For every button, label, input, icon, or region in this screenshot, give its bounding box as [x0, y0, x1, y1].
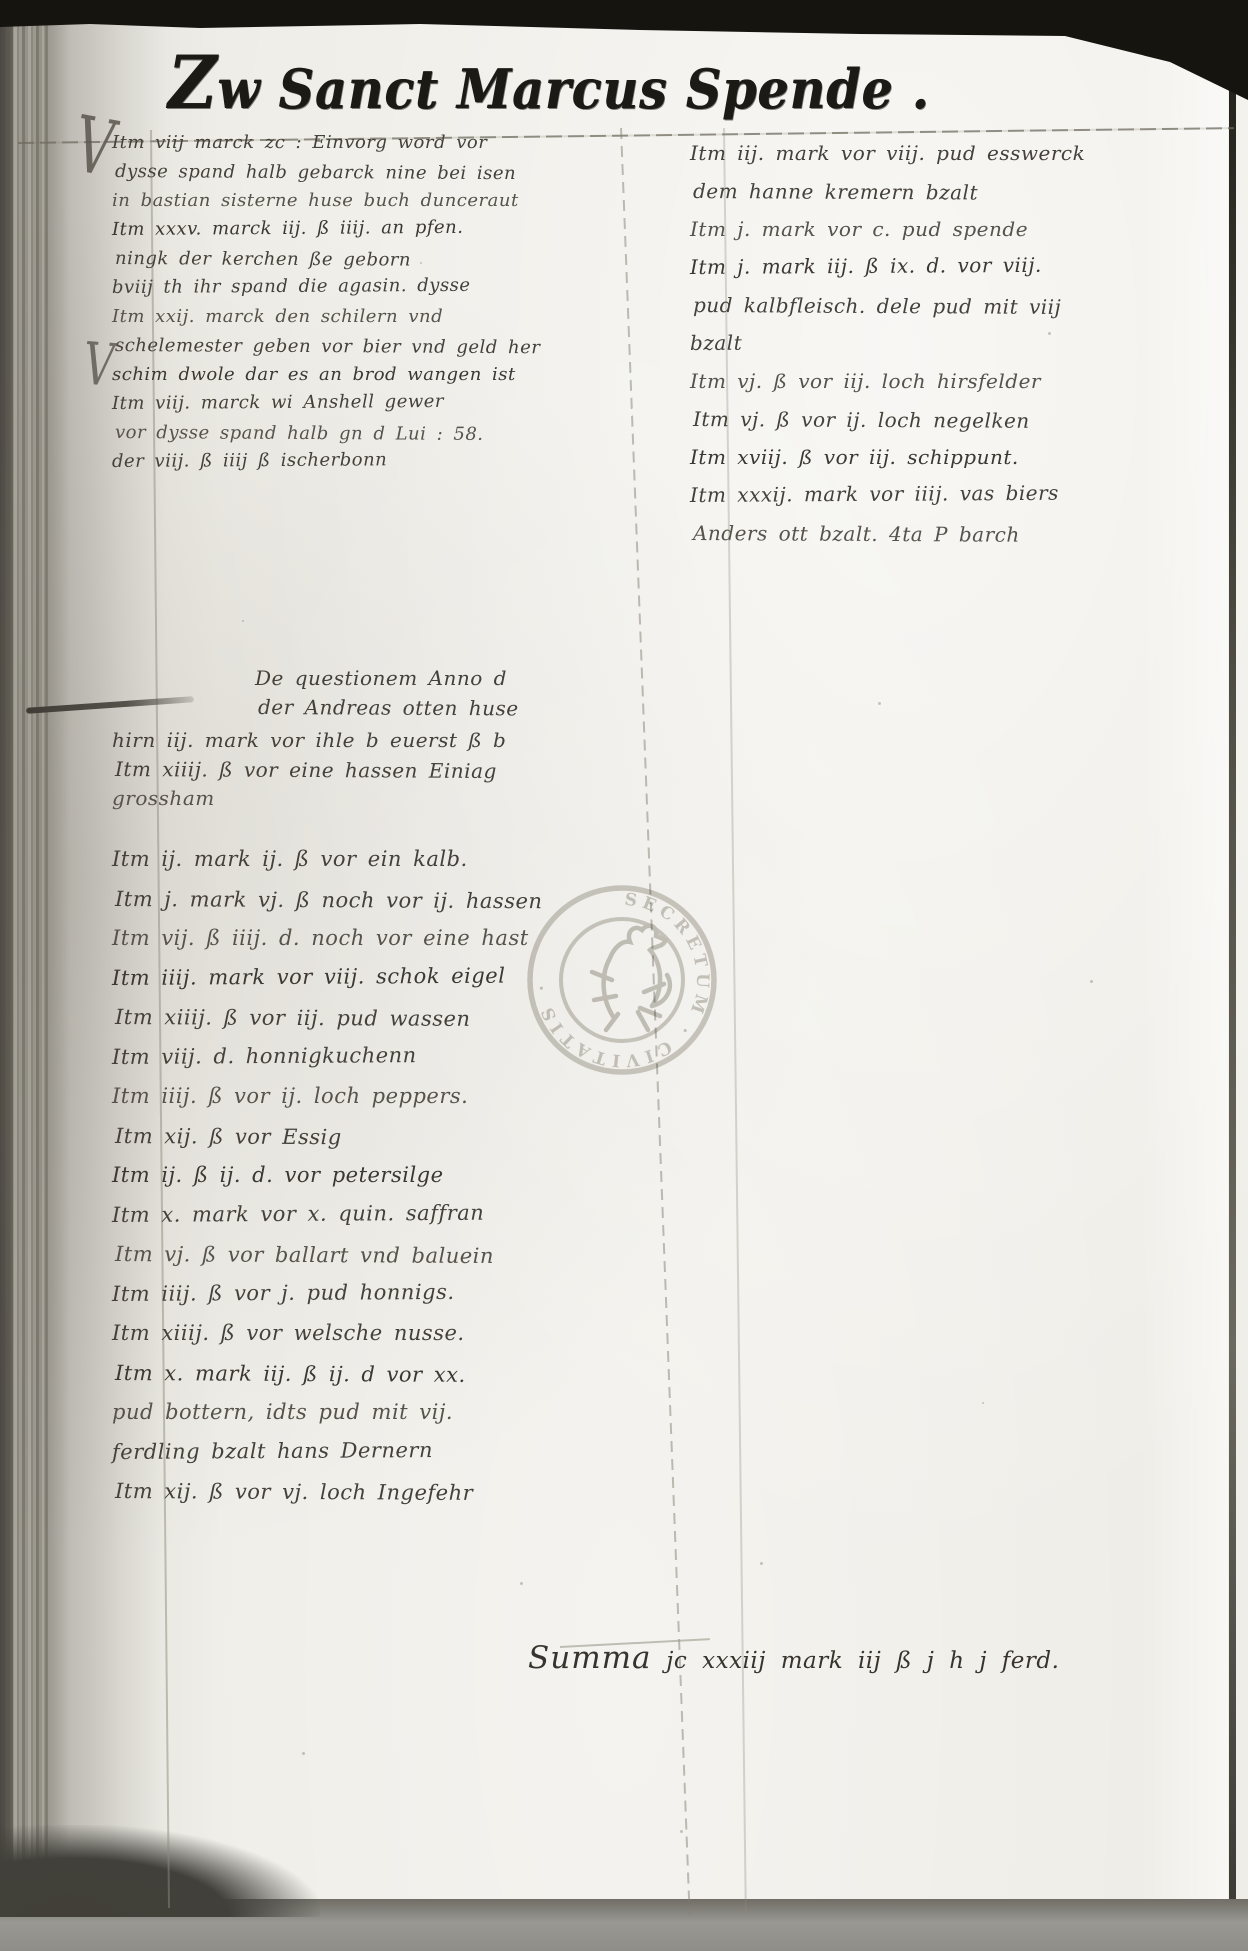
ink-speck	[982, 1402, 984, 1404]
manuscript-line: der viij. ß iiij ß ischerbonn	[112, 444, 592, 476]
manuscript-line: pud bottern, idts pud mit vij.	[112, 1393, 539, 1433]
manuscript-line: bzalt	[690, 321, 1238, 362]
bottom-corner-shadow	[0, 1825, 320, 1917]
manuscript-line: Itm xiiij. ß vor iij. pud wassen	[115, 998, 543, 1040]
manuscript-line: Itm vj. ß vor ballart vnd baluein	[115, 1235, 543, 1277]
manuscript-line: Itm xxxv. marck iij. ß iiij. an pfen.	[112, 212, 592, 244]
manuscript-line: Itm j. mark vor c. pud spende	[690, 210, 1238, 248]
manuscript-line: Itm viij marck zc : Einvorg word vor	[112, 128, 592, 157]
book-gutter-dark-edge	[0, 0, 13, 1951]
ink-speck	[680, 1830, 683, 1833]
manuscript-line: schim dwole dar es an brod wangen ist	[112, 360, 592, 389]
manuscript-line: Itm vj. ß vor iij. loch hirsfelder	[690, 362, 1238, 400]
ink-speck	[878, 702, 881, 705]
manuscript-line: Itm xij. ß vor vj. loch Ingefehr	[115, 1472, 543, 1514]
ink-speck	[302, 1752, 305, 1755]
manuscript-line: Itm vj. ß vor ij. loch negelken	[693, 400, 1241, 441]
manuscript-line: hirn iij. mark vor ihle b euerst ß b	[112, 726, 506, 755]
margin-checkmark-mid: V	[83, 329, 116, 400]
manuscript-line: Itm iiij. mark vor viij. schok eigel	[112, 956, 540, 998]
entry-block-main: Itm ij. mark ij. ß vor ein kalb.Itm j. m…	[112, 840, 539, 1512]
manuscript-line: in bastian sisterne huse buch dunceraut	[112, 186, 592, 215]
manuscript-line: Itm j. mark vj. ß noch vor ij. hassen	[115, 880, 543, 922]
entry-block-top-left: Itm viij marck zc : Einvorg word vordyss…	[112, 128, 592, 476]
manuscript-line: bviij th ihr spand die agasin. dysse	[112, 270, 592, 302]
manuscript-line: dem hanne kremern bzalt	[693, 172, 1241, 213]
section-heading-block: De questionem Anno dder Andreas otten hu…	[255, 664, 516, 722]
manuscript-line: Itm ij. mark ij. ß vor ein kalb.	[112, 840, 539, 880]
manuscript-line: schelemester geben vor bier vnd geld her	[115, 331, 595, 363]
ink-speck	[242, 620, 244, 622]
manuscript-line: Itm xviij. ß vor iij. schippunt.	[690, 438, 1238, 476]
manuscript-line: Itm iiij. ß vor j. pud honnigs.	[112, 1272, 540, 1314]
ink-speck	[420, 262, 422, 264]
ink-speck	[1090, 980, 1093, 983]
manuscript-line: der Andreas otten huse	[258, 693, 519, 723]
ink-speck	[760, 1562, 763, 1565]
manuscript-line: Itm x. mark vor x. quin. saffran	[112, 1193, 540, 1235]
summa-line: Summa jc xxxiij mark iij ß j h j ferd.	[528, 1640, 1059, 1676]
page-title: Zw Sanct Marcus Spende .	[168, 40, 808, 126]
manuscript-line: Itm iij. mark vor viij. pud esswerck	[690, 134, 1238, 172]
manuscript-line: Itm xxxij. mark vor iiij. vas biers	[690, 473, 1238, 514]
manuscript-line: ferdling bzalt hans Dernern	[112, 1430, 540, 1472]
manuscript-line: grossham	[112, 784, 506, 813]
summa-label: Summa	[528, 1640, 651, 1676]
ink-speck	[1048, 332, 1051, 335]
manuscript-line: Itm iiij. ß vor ij. loch peppers.	[112, 1077, 539, 1117]
manuscript-line: Itm viij. marck wi Anshell gewer	[112, 386, 592, 418]
entry-block-top-right: Itm iij. mark vor viij. pud esswerckdem …	[690, 134, 1238, 552]
section-intro-block: hirn iij. mark vor ihle b euerst ß bItm …	[112, 726, 506, 813]
manuscript-line: dysse spand halb gebarck nine bei isen	[115, 157, 595, 189]
manuscript-line: Itm xij. ß vor Essig	[115, 1117, 543, 1159]
manuscript-line: Itm xiiij. ß vor welsche nusse.	[112, 1314, 539, 1354]
manuscript-scan-page: SECRETUM · CIVITATIS · Zw Sanct Marcus S…	[0, 0, 1248, 1951]
manuscript-line: Anders ott bzalt. 4ta P barch	[693, 514, 1241, 555]
gutter-fade	[44, 0, 70, 1951]
seal-outer-ring	[530, 888, 714, 1072]
manuscript-line: Itm xiiij. ß vor eine hassen Einiag	[115, 755, 509, 786]
archive-seal: SECRETUM · CIVITATIS ·	[522, 880, 722, 1080]
summa-value: jc xxxiij mark iij ß j h j ferd.	[666, 1648, 1059, 1674]
manuscript-line: De questionem Anno d	[255, 664, 516, 693]
margin-checkmark-top: V	[72, 100, 117, 196]
manuscript-line: Itm j. mark iij. ß ix. d. vor viij.	[690, 245, 1238, 286]
manuscript-line: Itm viij. d. honnigkuchenn	[112, 1035, 540, 1077]
seal-lion-emblem	[592, 926, 670, 1030]
ink-speck	[520, 1582, 523, 1585]
manuscript-line: Itm x. mark iij. ß ij. d vor xx.	[115, 1354, 543, 1396]
manuscript-line: Itm xxij. marck den schilern vnd	[112, 302, 592, 331]
manuscript-line: Itm ij. ß ij. d. vor petersilge	[112, 1156, 539, 1196]
manuscript-line: Itm vij. ß iiij. d. noch vor eine hast	[112, 919, 539, 959]
